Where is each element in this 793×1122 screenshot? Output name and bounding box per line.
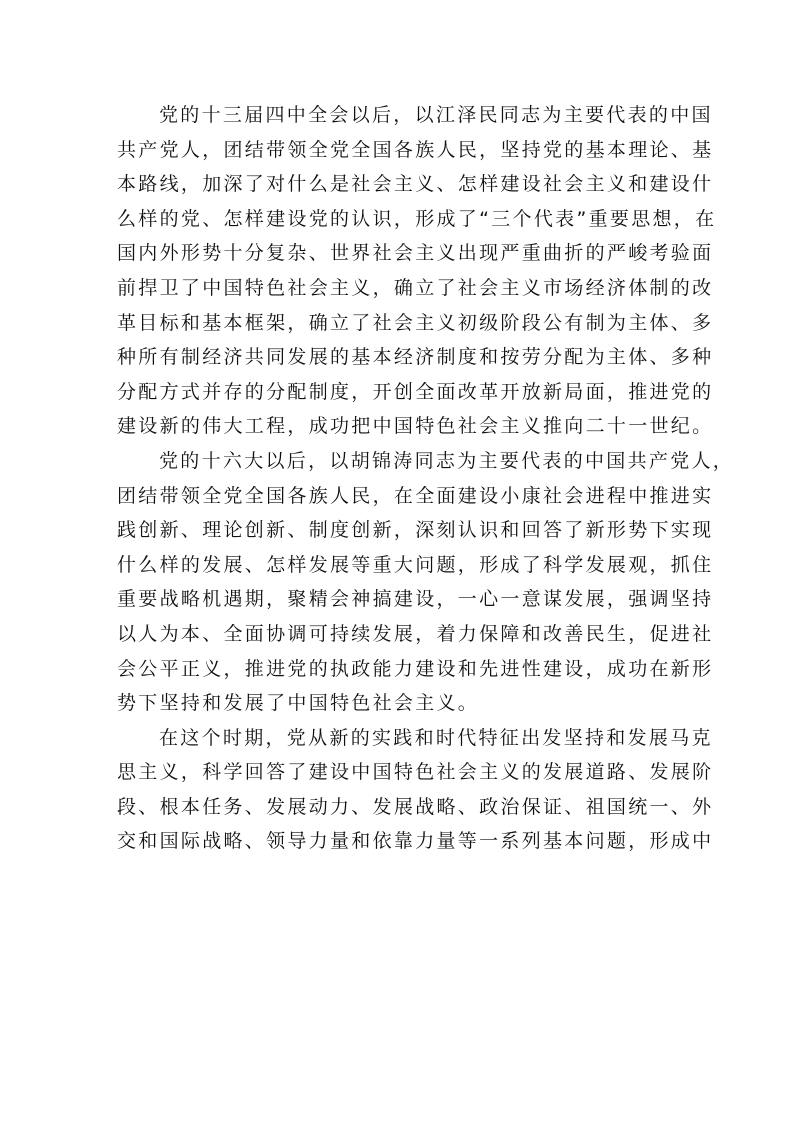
text-line: 建设新的伟大工程，成功把中国特色社会主义推向二十一世纪。 [117,412,687,447]
text-line: 段、根本任务、发展动力、发展战略、政治保证、祖国统一、外 [117,793,687,828]
text-line: 重要战略机遇期，聚精会神搞建设，一心一意谋发展，强调坚持 [117,585,687,620]
text-line: 国内外形势十分复杂、世界社会主义出现严重曲折的严峻考验面 [117,239,687,274]
paragraph-3: 在这个时期，党从新的实践和时代特征出发坚持和发展马克 思主义，科学回答了建设中国… [117,724,687,862]
text-line: 势下坚持和发展了中国特色社会主义。 [117,689,687,724]
paragraph-1: 党的十三届四中全会以后，以江泽民同志为主要代表的中国 共产党人，团结带领全党全国… [117,101,687,447]
text-line: 交和国际战略、领导力量和依靠力量等一系列基本问题，形成中 [117,827,687,862]
text-line: 党的十三届四中全会以后，以江泽民同志为主要代表的中国 [117,101,687,136]
text-line: 什么样的发展、怎样发展等重大问题，形成了科学发展观，抓住 [117,551,687,586]
document-page: 党的十三届四中全会以后，以江泽民同志为主要代表的中国 共产党人，团结带领全党全国… [0,0,793,1122]
text-line: 么样的党、怎样建设党的认识，形成了“三个代表”重要思想，在 [117,205,687,240]
text-line: 以人为本、全面协调可持续发展，着力保障和改善民生，促进社 [117,620,687,655]
text-line: 分配方式并存的分配制度，开创全面改革开放新局面，推进党的 [117,378,687,413]
paragraph-2: 党的十六大以后，以胡锦涛同志为主要代表的中国共产党人， 团结带领全党全国各族人民… [117,447,687,724]
text-line: 思主义，科学回答了建设中国特色社会主义的发展道路、发展阶 [117,758,687,793]
text-line: 种所有制经济共同发展的基本经济制度和按劳分配为主体、多种 [117,343,687,378]
document-body: 党的十三届四中全会以后，以江泽民同志为主要代表的中国 共产党人，团结带领全党全国… [117,101,687,862]
text-line: 革目标和基本框架，确立了社会主义初级阶段公有制为主体、多 [117,309,687,344]
text-line: 本路线，加深了对什么是社会主义、怎样建设社会主义和建设什 [117,170,687,205]
text-line: 会公平正义，推进党的执政能力建设和先进性建设，成功在新形 [117,655,687,690]
text-line: 在这个时期，党从新的实践和时代特征出发坚持和发展马克 [117,724,687,759]
text-line: 前捍卫了中国特色社会主义，确立了社会主义市场经济体制的改 [117,274,687,309]
text-line: 践创新、理论创新、制度创新，深刻认识和回答了新形势下实现 [117,516,687,551]
text-line: 团结带领全党全国各族人民，在全面建设小康社会进程中推进实 [117,482,687,517]
text-line: 党的十六大以后，以胡锦涛同志为主要代表的中国共产党人， [117,447,687,482]
text-line: 共产党人，团结带领全党全国各族人民，坚持党的基本理论、基 [117,136,687,171]
